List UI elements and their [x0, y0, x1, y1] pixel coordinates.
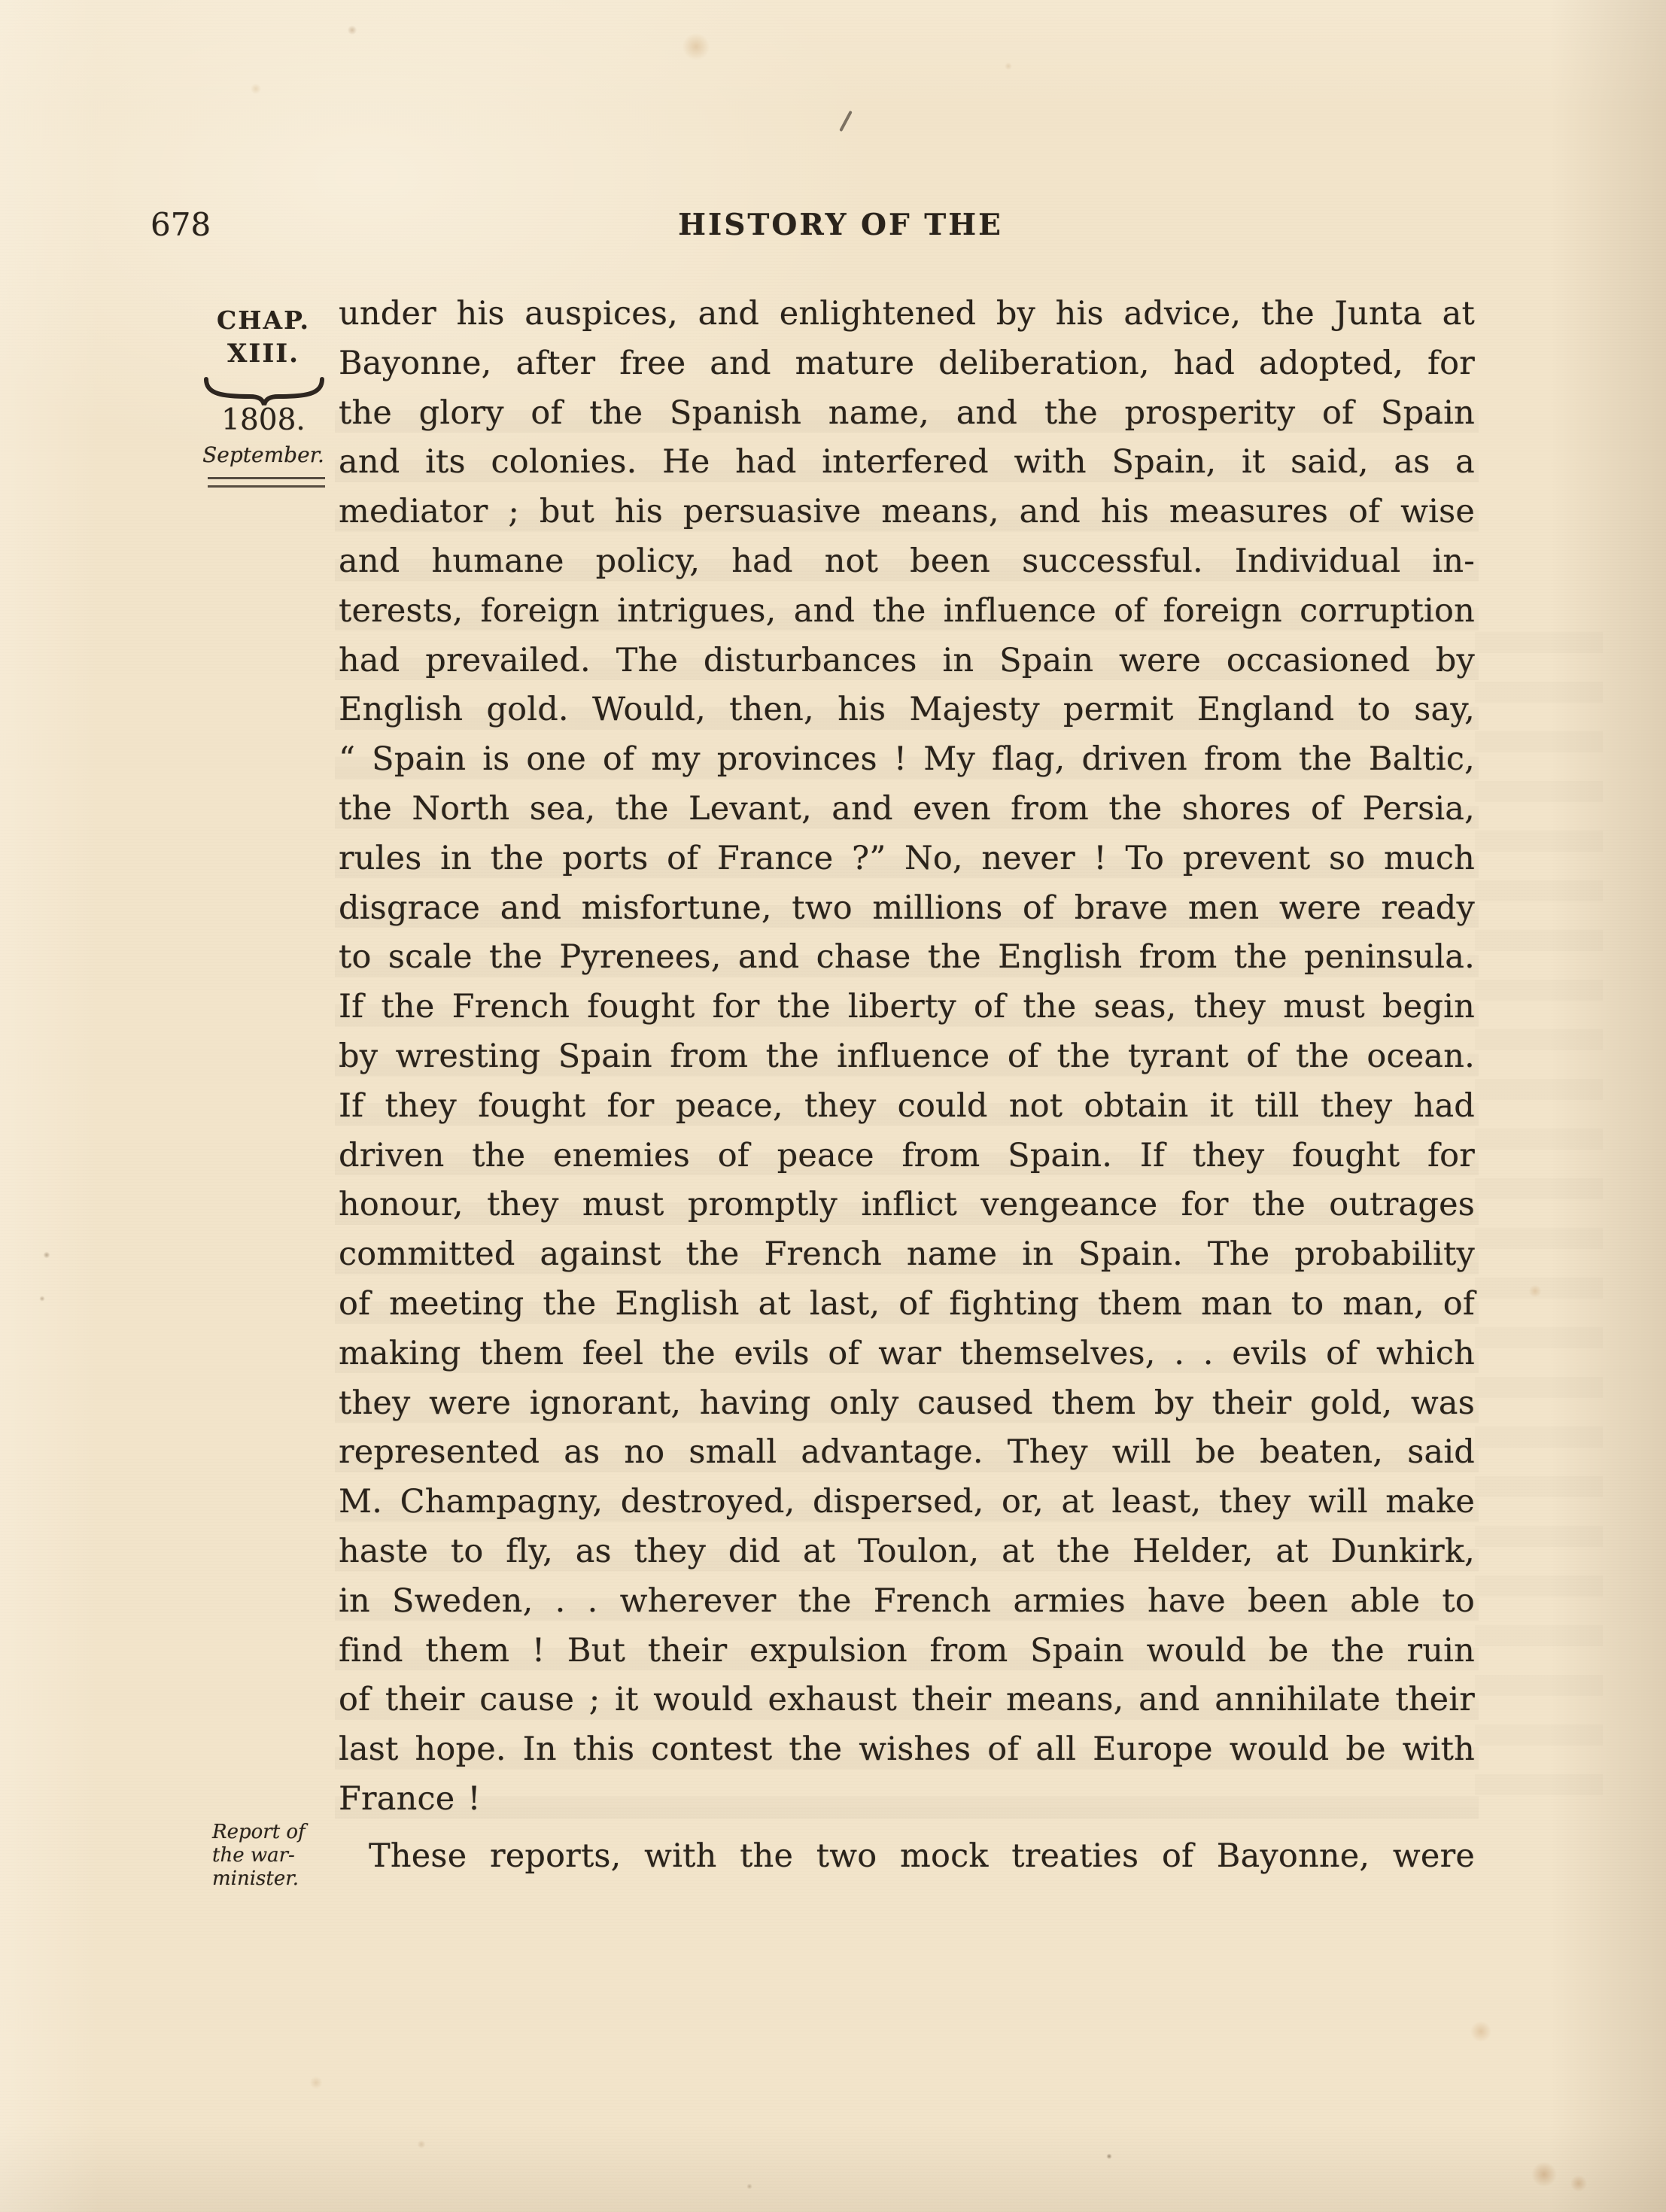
chapter-numeral: XIII.	[199, 339, 327, 369]
running-header: HISTORY OF THE	[494, 208, 1187, 242]
body-line: find them ! But their expulsion from Spa…	[339, 1627, 1475, 1676]
margin-note-line: the war-	[212, 1844, 340, 1867]
body-line: “ Spain is one of my provinces ! My flag…	[339, 735, 1475, 785]
body-line: under his auspices, and enlightened by h…	[339, 290, 1475, 339]
month-double-rule	[208, 477, 325, 488]
body-line: M. Champagny, destroyed, dispersed, or, …	[339, 1478, 1475, 1527]
body-line: haste to fly, as they did at Toulon, at …	[339, 1527, 1475, 1577]
body-text: under his auspices, and enlightened by h…	[339, 290, 1475, 1882]
margin-note-line: Report of	[212, 1821, 340, 1844]
body-line: Bayonne, after free and mature deliberat…	[339, 339, 1475, 389]
body-line: the North sea, the Levant, and even from…	[339, 785, 1475, 834]
margin-note-line: minister.	[212, 1867, 340, 1891]
book-page-scan: 678 HISTORY OF THE CHAP. XIII. 1808. Sep…	[0, 0, 1666, 2212]
body-line: If they fought for peace, they could not…	[339, 1082, 1475, 1132]
margin-note: Report of the war- minister.	[212, 1821, 340, 1891]
body-line: in Sweden, . . wherever the French armie…	[339, 1577, 1475, 1627]
body-line: English gold. Would, then, his Majesty p…	[339, 685, 1475, 735]
body-line: committed against the French name in Spa…	[339, 1230, 1475, 1280]
body-line: France !	[339, 1775, 1475, 1825]
body-line: making them feel the evils of war themse…	[339, 1329, 1475, 1379]
body-line: If the French fought for the liberty of …	[339, 983, 1475, 1032]
page-number: 678	[150, 206, 211, 243]
body-line: and its colonies. He had interfered with…	[339, 438, 1475, 488]
body-line: rules in the ports of France ?” No, neve…	[339, 834, 1475, 884]
month-label: September.	[196, 442, 331, 467]
body-line: the glory of the Spanish name, and the p…	[339, 389, 1475, 439]
body-line: represented as no small advantage. They …	[339, 1428, 1475, 1478]
body-line: driven the enemies of peace from Spain. …	[339, 1132, 1475, 1181]
body-line: they were ignorant, having only caused t…	[339, 1379, 1475, 1429]
body-line: of meeting the English at last, of fight…	[339, 1280, 1475, 1329]
verso-showthrough-margin	[1475, 632, 1603, 1821]
ink-slash-mark	[839, 111, 853, 132]
body-line: by wresting Spain from the influence of …	[339, 1032, 1475, 1082]
body-line: to scale the Pyrenees, and chase the Eng…	[339, 933, 1475, 983]
body-line: last hope. In this contest the wishes of…	[339, 1725, 1475, 1775]
body-line: terests, foreign intrigues, and the infl…	[339, 587, 1475, 637]
body-line: mediator ; but his persuasive means, and…	[339, 488, 1475, 537]
year-label: 1808.	[199, 403, 327, 437]
body-line: disgrace and misfortune, two millions of…	[339, 884, 1475, 934]
chapter-label: CHAP.	[199, 305, 327, 335]
body-line-paragraph-start: These reports, with the two mock treatie…	[339, 1832, 1475, 1882]
body-line: and humane policy, had not been successf…	[339, 537, 1475, 587]
body-line: honour, they must promptly inflict venge…	[339, 1180, 1475, 1230]
body-line: had prevailed. The disturbances in Spain…	[339, 637, 1475, 686]
body-line: of their cause ; it would exhaust their …	[339, 1676, 1475, 1725]
